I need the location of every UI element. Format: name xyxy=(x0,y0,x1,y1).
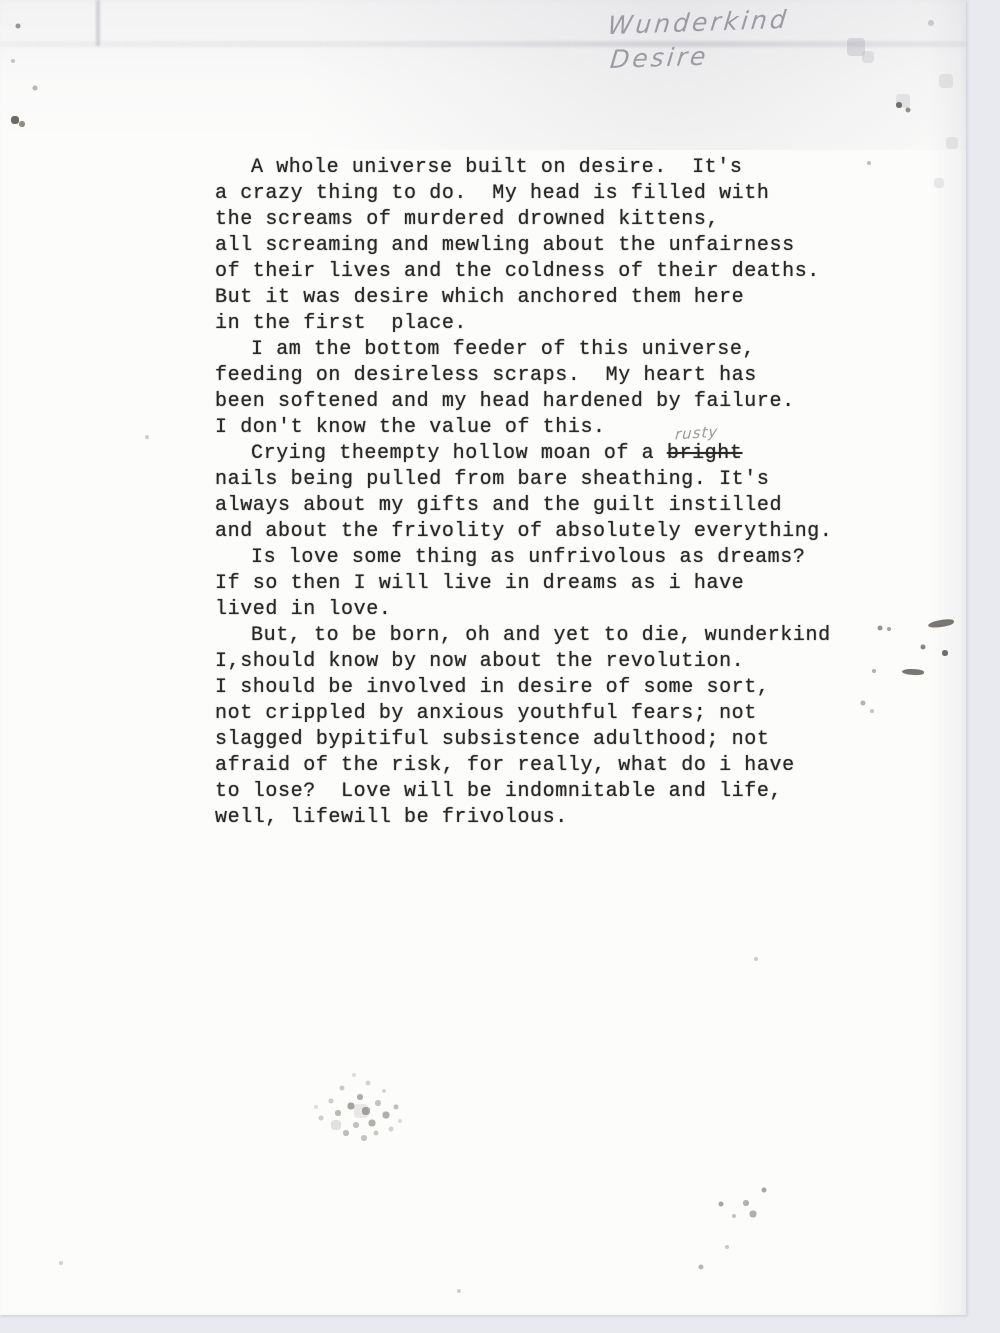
typed-line: always about my gifts and the guilt inst… xyxy=(215,493,915,519)
document-page: Wunderkind Desire A whole universe built… xyxy=(0,0,966,1315)
typed-line: lived in love. xyxy=(215,597,915,623)
horizontal-crease xyxy=(0,41,966,47)
typed-line: been softened and my head hardened by fa… xyxy=(215,389,915,415)
ink-smudge xyxy=(928,618,955,629)
typed-line: slagged bypitiful subsistence adulthood;… xyxy=(215,727,915,753)
stain-speckle-cluster xyxy=(305,1062,307,1064)
typed-line: Crying theempty hollow moan of a brightr… xyxy=(215,441,915,467)
struck-word: brightrusty xyxy=(667,442,743,465)
typed-line: to lose? Love will be indomnitable and l… xyxy=(215,779,915,805)
typed-line: well, lifewill be frivolous. xyxy=(215,805,915,831)
typed-line: and about the frivolity of absolutely ev… xyxy=(215,519,915,545)
typed-line: Is love some thing as unfrivolous as dre… xyxy=(215,545,915,571)
typed-line: the screams of murdered drowned kittens, xyxy=(215,207,915,233)
typed-line: nails being pulled from bare sheathing. … xyxy=(215,467,915,493)
handwritten-correction: rusty xyxy=(674,424,718,442)
paper-specks xyxy=(0,0,2,2)
page-edge-shade xyxy=(928,0,966,1315)
typed-text: A whole universe built on desire. It'sa … xyxy=(215,155,915,831)
scan-background: Wunderkind Desire A whole universe built… xyxy=(0,0,1000,1333)
typed-line: not crippled by anxious youthful fears; … xyxy=(215,701,915,727)
handwritten-title-line1: Wunderkind xyxy=(606,3,791,43)
typed-line: But, to be born, oh and yet to die, wund… xyxy=(215,623,915,649)
typed-line: a crazy thing to do. My head is filled w… xyxy=(215,181,915,207)
typed-line: in the first place. xyxy=(215,311,915,337)
handwritten-title-line2: Desire xyxy=(608,37,787,77)
handwritten-title: Wunderkind Desire xyxy=(602,3,790,78)
paper-grain-band xyxy=(0,0,966,150)
typed-line: If so then I will live in dreams as i ha… xyxy=(215,571,915,597)
typed-line: A whole universe built on desire. It's xyxy=(215,155,915,181)
typed-line: I should be involved in desire of some s… xyxy=(215,675,915,701)
typed-line: I,should know by now about the revolutio… xyxy=(215,649,915,675)
typed-line: all screaming and mewling about the unfa… xyxy=(215,233,915,259)
typed-line: I am the bottom feeder of this universe, xyxy=(215,337,915,363)
typed-line: I don't know the value of this. xyxy=(215,415,915,441)
typed-line: feeding on desireless scraps. My heart h… xyxy=(215,363,915,389)
typed-line: afraid of the risk, for really, what do … xyxy=(215,753,915,779)
typed-line: of their lives and the coldness of their… xyxy=(215,259,915,285)
vertical-crease xyxy=(96,0,100,46)
typed-line: But it was desire which anchored them he… xyxy=(215,285,915,311)
